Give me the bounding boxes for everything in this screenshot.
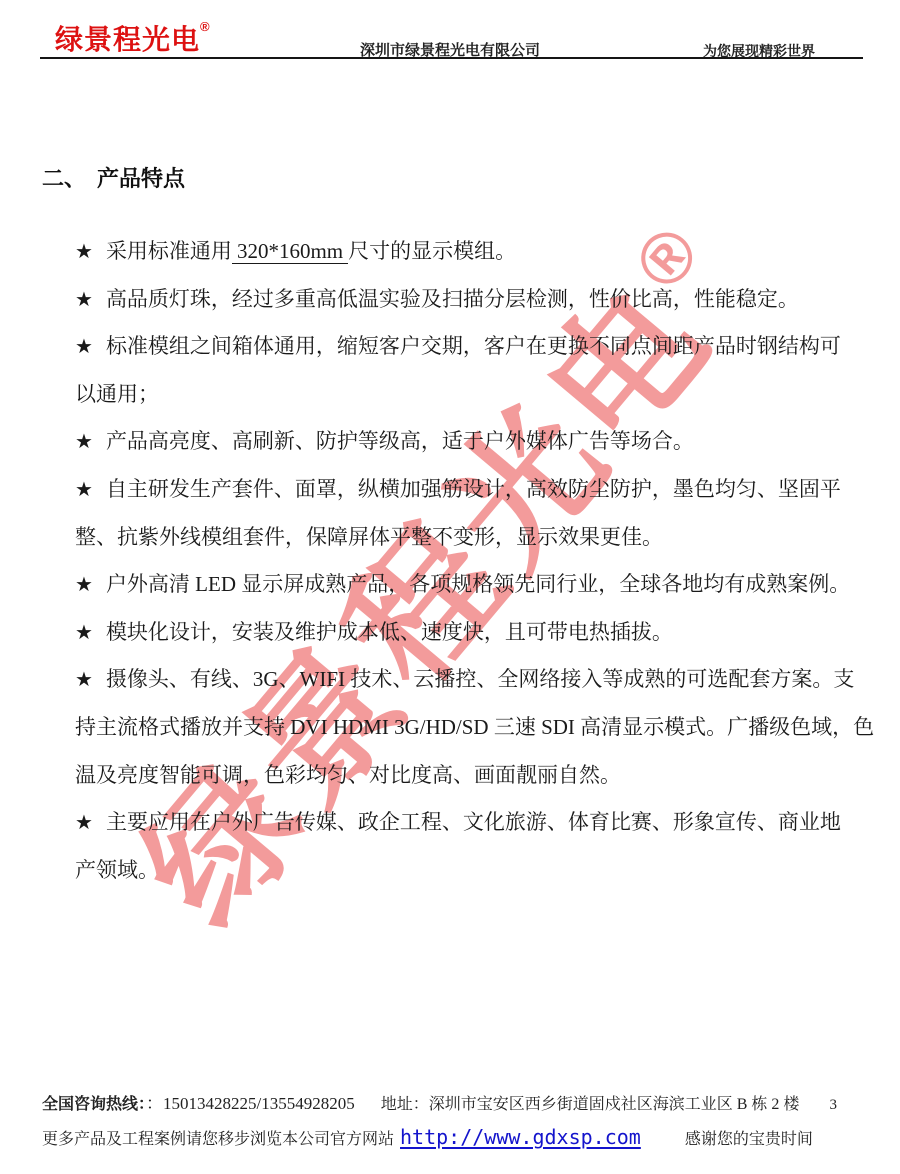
feature-text: 模块化设计，安装及维护成本低、速度快，且可带电热插拔。 (106, 620, 673, 644)
feature-line: ★自主研发生产套件、面罩，纵横加强筋设计，高效防尘防护，墨色均匀、坚固平 (75, 466, 865, 514)
star-bullet-icon: ★ (75, 620, 93, 644)
registered-trademark-icon: ® (200, 19, 210, 34)
feature-line: 持主流格式播放并支持 DVI HDMI 3G/HD/SD 三速 SDI 高清显示… (75, 704, 865, 752)
star-bullet-icon: ★ (75, 239, 93, 263)
feature-line: ★采用标准通用320*160mm尺寸的显示模组。 (75, 228, 865, 276)
section-title: 二、 产品特点 (42, 162, 185, 193)
feature-line: ★模块化设计，安装及维护成本低、速度快，且可带电热插拔。 (75, 609, 865, 657)
feature-line: ★户外高清 LED 显示屏成熟产品，各项规格领先同行业，全球各地均有成熟案例。 (75, 561, 865, 609)
feature-list: ★采用标准通用320*160mm尺寸的显示模组。★高品质灯珠，经过多重高低温实验… (75, 228, 865, 894)
star-bullet-icon: ★ (75, 572, 93, 596)
document-page: 绿景程光电® 绿景程光电® 深圳市绿景程光电有限公司 为您展现精彩世界 二、 产… (0, 0, 900, 1174)
feature-text: 产领域。 (75, 858, 159, 882)
footer-website-line: 更多产品及工程案例请您移步浏览本公司官方网站http://www.gdxsp.c… (42, 1125, 864, 1149)
feature-text: 标准模组之间箱体通用，缩短客户交期，客户在更换不同点间距产品时钢结构可 (106, 334, 841, 358)
feature-text: 尺寸的显示模组。 (348, 239, 516, 263)
feature-line: 产领域。 (75, 847, 865, 895)
feature-line: ★高品质灯珠，经过多重高低温实验及扫描分层检测，性价比高，性能稳定。 (75, 276, 865, 324)
feature-line: ★产品高亮度、高刷新、防护等级高，适于户外媒体广告等场合。 (75, 418, 865, 466)
company-address: 地址：深圳市宝安区西乡街道固戍社区海滨工业区 B 栋 2 楼 (381, 1096, 800, 1113)
feature-text: 温及亮度智能可调，色彩均匀、对比度高、画面靓丽自然。 (75, 763, 621, 787)
feature-text: 持主流格式播放并支持 DVI HDMI 3G/HD/SD 三速 SDI 高清显示… (75, 715, 874, 739)
footer-contact-line: 全国咨询热线：：15013428225/13554928205地址：深圳市宝安区… (42, 1089, 864, 1114)
feature-line: ★摄像头、有线、3G、WIFI 技术、云播控、全网络接入等成熟的可选配套方案。支 (75, 656, 865, 704)
star-bullet-icon: ★ (75, 810, 93, 834)
star-bullet-icon: ★ (75, 429, 93, 453)
thanks-text: 感谢您的宝贵时间 (685, 1131, 813, 1148)
star-bullet-icon: ★ (75, 667, 93, 691)
feature-text: 高品质灯珠，经过多重高低温实验及扫描分层检测，性价比高，性能稳定。 (106, 287, 799, 311)
hotline-numbers: ：15013428225/13554928205 (146, 1094, 355, 1113)
feature-line: 以通用； (75, 371, 865, 419)
feature-text: 采用标准通用 (106, 239, 232, 263)
feature-text: 户外高清 LED 显示屏成熟产品，各项规格领先同行业，全球各地均有成熟案例。 (106, 572, 850, 596)
feature-text: 以通用； (75, 382, 159, 406)
feature-text: 自主研发生产套件、面罩，纵横加强筋设计，高效防尘防护，墨色均匀、坚固平 (106, 477, 841, 501)
page-footer: 全国咨询热线：：15013428225/13554928205地址：深圳市宝安区… (42, 1089, 864, 1149)
hotline-label: 全国咨询热线： (42, 1096, 146, 1113)
feature-line: 整、抗紫外线模组套件，保障屏体平整不变形，显示效果更佳。 (75, 514, 865, 562)
website-link[interactable]: http://www.gdxsp.com (400, 1125, 641, 1149)
star-bullet-icon: ★ (75, 334, 93, 358)
feature-line: ★标准模组之间箱体通用，缩短客户交期，客户在更换不同点间距产品时钢结构可 (75, 323, 865, 371)
page-number: 3 (829, 1097, 837, 1113)
feature-line: 温及亮度智能可调，色彩均匀、对比度高、画面靓丽自然。 (75, 752, 865, 800)
feature-text-underlined: 320*160mm (232, 239, 348, 264)
website-prompt: 更多产品及工程案例请您移步浏览本公司官方网站 (42, 1131, 394, 1148)
feature-text: 整、抗紫外线模组套件，保障屏体平整不变形，显示效果更佳。 (75, 525, 663, 549)
feature-line: ★主要应用在户外广告传媒、政企工程、文化旅游、体育比赛、形象宣传、商业地 (75, 799, 865, 847)
feature-text: 主要应用在户外广告传媒、政企工程、文化旅游、体育比赛、形象宣传、商业地 (106, 810, 841, 834)
feature-text: 产品高亮度、高刷新、防护等级高，适于户外媒体广告等场合。 (106, 429, 694, 453)
star-bullet-icon: ★ (75, 287, 93, 311)
feature-text: 摄像头、有线、3G、WIFI 技术、云播控、全网络接入等成熟的可选配套方案。支 (106, 667, 854, 691)
star-bullet-icon: ★ (75, 477, 93, 501)
header-divider (40, 57, 863, 59)
